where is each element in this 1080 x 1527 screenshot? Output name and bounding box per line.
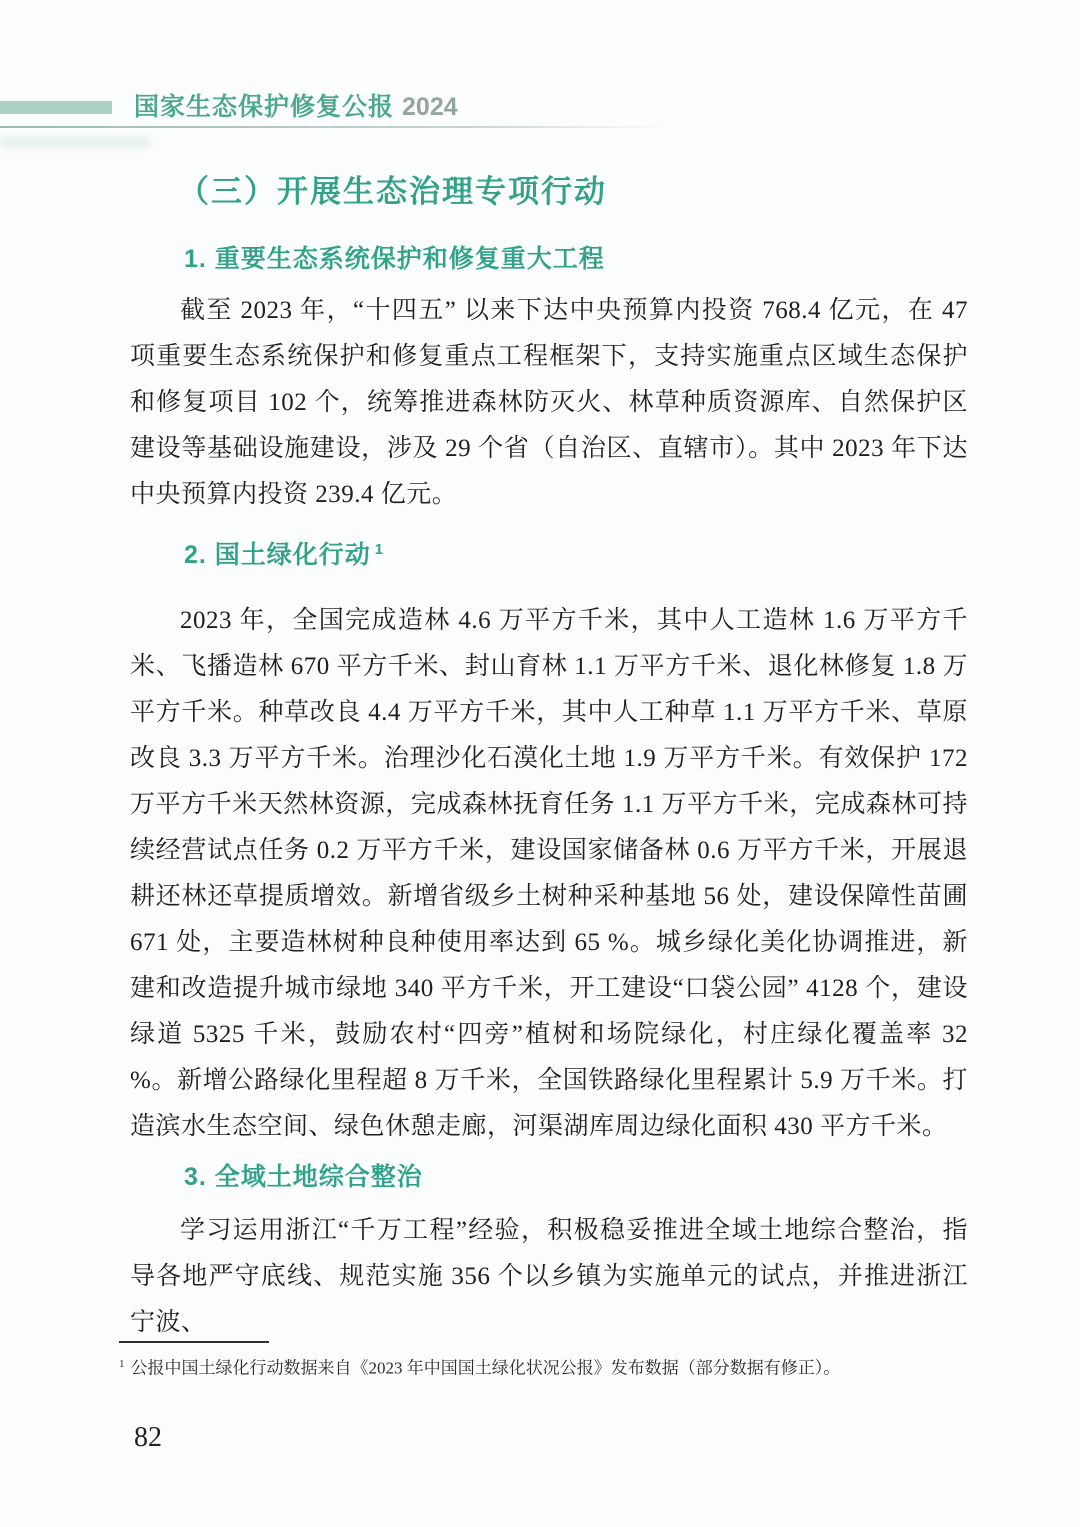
footnote-separator: [119, 1341, 269, 1343]
decorative-smudge: [0, 136, 150, 149]
subsection-3-heading: 3. 全域土地综合整治: [184, 1161, 423, 1193]
subsection-2-heading: 2. 国土绿化行动1: [184, 539, 384, 571]
subsection-1-heading: 1. 重要生态系统保护和修复重大工程: [184, 243, 605, 275]
subsection-1-heading-label: 1. 重要生态系统保护和修复重大工程: [184, 245, 605, 273]
subsection-1-paragraph: 截至 2023 年，“十四五” 以来下达中央预算内投资 768.4 亿元，在 4…: [130, 288, 968, 518]
header-rule: [0, 126, 668, 128]
document-page: 国家生态保护修复公报2024 （三）开展生态治理专项行动 1. 重要生态系统保护…: [0, 0, 1080, 1527]
page-number: 82: [134, 1422, 162, 1454]
footnote-text: 公报中国土绿化行动数据来自《2023 年中国国土绿化状况公报》发布数据（部分数据…: [131, 1359, 841, 1378]
header-decoration-bar: [0, 101, 112, 114]
footnote-reference-marker: 1: [375, 541, 384, 558]
subsection-3-heading-label: 3. 全域土地综合整治: [184, 1163, 423, 1191]
footnote: 1公报中国土绿化行动数据来自《2023 年中国国土绿化状况公报》发布数据（部分数…: [119, 1352, 989, 1381]
subsection-3-paragraph: 学习运用浙江“千万工程”经验，积极稳妥推进全域土地综合整治，指导各地严守底线、规…: [130, 1208, 968, 1346]
subsection-2-paragraph: 2023 年，全国完成造林 4.6 万平方千米，其中人工造林 1.6 万平方千米…: [130, 598, 968, 1150]
report-year: 2024: [402, 93, 458, 121]
section-title: （三）开展生态治理专项行动: [178, 172, 607, 212]
footnote-marker: 1: [119, 1358, 125, 1370]
page-header: 国家生态保护修复公报2024: [134, 92, 458, 122]
subsection-2-heading-label: 2. 国土绿化行动: [184, 541, 371, 569]
report-title: 国家生态保护修复公报: [134, 93, 394, 121]
